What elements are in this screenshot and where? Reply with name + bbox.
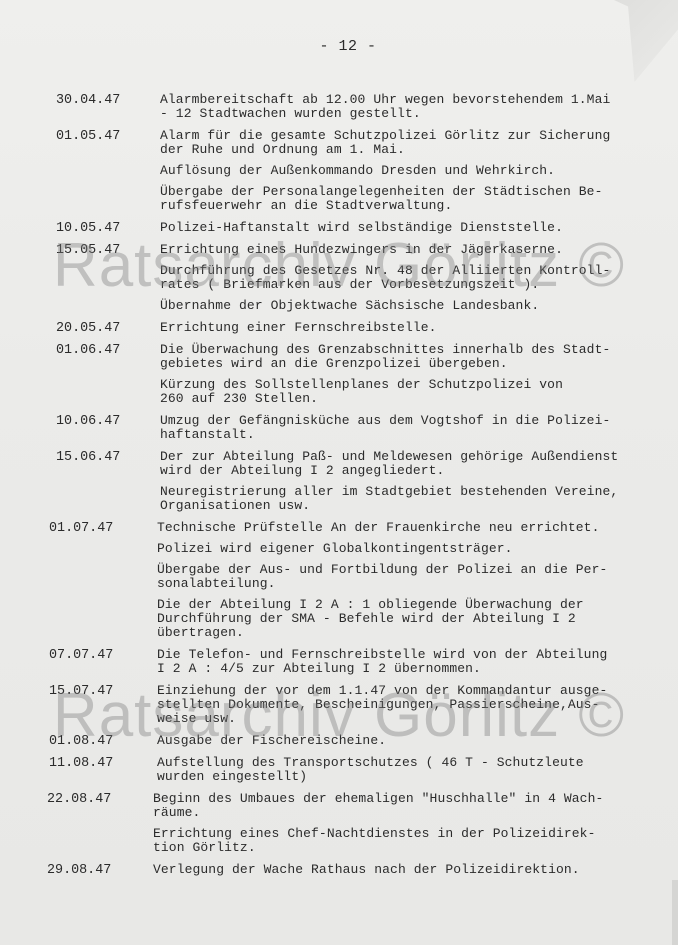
entry-date: 11.08.47: [0, 756, 160, 771]
chronology-entry: 01.07.47Technische Prüfstelle An der Fra…: [0, 521, 678, 647]
entry-text: Einziehung der vor dem 1.1.47 von der Ko…: [157, 684, 638, 726]
entry-text: Übergabe der Aus- und Fortbildung der Po…: [157, 563, 638, 591]
entry-text: Die Telefon- und Fernschreibstelle wird …: [157, 648, 638, 676]
chronology-list: 30.04.47Alarmbereitschaft ab 12.00 Uhr w…: [0, 93, 678, 885]
entry-text-block: Der zur Abteilung Paß- und Meldewesen ge…: [160, 450, 678, 520]
entry-text: Alarm für die gesamte Schutzpolizei Görl…: [160, 129, 638, 157]
chronology-entry: 30.04.47Alarmbereitschaft ab 12.00 Uhr w…: [0, 93, 678, 128]
entry-text: Neuregistrierung aller im Stadtgebiet be…: [160, 485, 638, 513]
entry-text-block: Ausgabe der Fischereischeine.: [157, 734, 678, 755]
entry-text: Auflösung der Außenkommando Dresden und …: [160, 164, 638, 178]
chronology-entry: 01.08.47Ausgabe der Fischereischeine.: [0, 734, 678, 755]
entry-text: Durchführung des Gesetzes Nr. 48 der All…: [160, 264, 638, 292]
entry-date: 20.05.47: [0, 321, 160, 336]
entry-text-block: Aufstellung des Transportschutzes ( 46 T…: [157, 756, 678, 791]
chronology-entry: 22.08.47Beginn des Umbaues der ehemalige…: [0, 792, 678, 862]
entry-text-block: Beginn des Umbaues der ehemaligen "Husch…: [153, 792, 678, 862]
page-number: - 12 -: [0, 38, 678, 55]
entry-text-block: Alarm für die gesamte Schutzpolizei Görl…: [160, 129, 678, 220]
entry-text-block: Polizei-Haftanstalt wird selbständige Di…: [160, 221, 678, 242]
entry-date: 22.08.47: [0, 792, 160, 807]
entry-text-block: Die Telefon- und Fernschreibstelle wird …: [157, 648, 678, 683]
entry-text: Übernahme der Objektwache Sächsische Lan…: [160, 299, 638, 313]
entry-text: Errichtung einer Fernschreibstelle.: [160, 321, 638, 335]
entry-date: 01.05.47: [0, 129, 160, 144]
entry-text: Umzug der Gefängnisküche aus dem Vogtsho…: [160, 414, 638, 442]
entry-text: Übergabe der Personalangelegenheiten der…: [160, 185, 638, 213]
entry-date: 29.08.47: [0, 863, 160, 878]
entry-text-block: Einziehung der vor dem 1.1.47 von der Ko…: [157, 684, 678, 733]
entry-text-block: Technische Prüfstelle An der Frauenkirch…: [157, 521, 678, 647]
entry-text: Errichtung eines Hundezwingers in der Jä…: [160, 243, 638, 257]
entry-text: Die der Abteilung I 2 A : 1 obliegende Ü…: [157, 598, 638, 640]
entry-date: 01.08.47: [0, 734, 160, 749]
chronology-entry: 15.05.47Errichtung eines Hundezwingers i…: [0, 243, 678, 320]
entry-date: 01.06.47: [0, 343, 160, 358]
entry-text-block: Die Überwachung des Grenzabschnittes inn…: [160, 343, 678, 413]
entry-text: Errichtung eines Chef-Nachtdienstes in d…: [153, 827, 638, 855]
chronology-entry: 15.06.47Der zur Abteilung Paß- und Melde…: [0, 450, 678, 520]
page-edge: [672, 880, 678, 945]
entry-date: 15.06.47: [0, 450, 160, 465]
entry-date: 15.05.47: [0, 243, 160, 258]
entry-text: Polizei-Haftanstalt wird selbständige Di…: [160, 221, 638, 235]
entry-date: 10.05.47: [0, 221, 160, 236]
entry-text-block: Errichtung einer Fernschreibstelle.: [160, 321, 678, 342]
entry-text: Alarmbereitschaft ab 12.00 Uhr wegen bev…: [160, 93, 638, 121]
entry-date: 07.07.47: [0, 648, 160, 663]
chronology-entry: 10.06.47Umzug der Gefängnisküche aus dem…: [0, 414, 678, 449]
document-page: - 12 - 30.04.47Alarmbereitschaft ab 12.0…: [0, 0, 678, 945]
chronology-entry: 20.05.47Errichtung einer Fernschreibstel…: [0, 321, 678, 342]
entry-date: 01.07.47: [0, 521, 160, 536]
chronology-entry: 01.05.47Alarm für die gesamte Schutzpoli…: [0, 129, 678, 220]
entry-text-block: Alarmbereitschaft ab 12.00 Uhr wegen bev…: [160, 93, 678, 128]
entry-text-block: Umzug der Gefängnisküche aus dem Vogtsho…: [160, 414, 678, 449]
entry-date: 10.06.47: [0, 414, 160, 429]
entry-text: Ausgabe der Fischereischeine.: [157, 734, 638, 748]
entry-text: Verlegung der Wache Rathaus nach der Pol…: [153, 863, 638, 877]
entry-text: Technische Prüfstelle An der Frauenkirch…: [157, 521, 638, 535]
chronology-entry: 10.05.47Polizei-Haftanstalt wird selbstä…: [0, 221, 678, 242]
entry-text: Kürzung des Sollstellenplanes der Schutz…: [160, 378, 638, 406]
entry-text: Der zur Abteilung Paß- und Meldewesen ge…: [160, 450, 638, 478]
entry-text: Die Überwachung des Grenzabschnittes inn…: [160, 343, 638, 371]
entry-text-block: Errichtung eines Hundezwingers in der Jä…: [160, 243, 678, 320]
entry-text: Polizei wird eigener Globalkontingentstr…: [157, 542, 638, 556]
chronology-entry: 11.08.47Aufstellung des Transportschutze…: [0, 756, 678, 791]
entry-text: Aufstellung des Transportschutzes ( 46 T…: [157, 756, 638, 784]
entry-text-block: Verlegung der Wache Rathaus nach der Pol…: [153, 863, 678, 884]
entry-text: Beginn des Umbaues der ehemaligen "Husch…: [153, 792, 638, 820]
chronology-entry: 29.08.47Verlegung der Wache Rathaus nach…: [0, 863, 678, 884]
chronology-entry: 15.07.47Einziehung der vor dem 1.1.47 vo…: [0, 684, 678, 733]
entry-date: 15.07.47: [0, 684, 160, 699]
chronology-entry: 07.07.47Die Telefon- und Fernschreibstel…: [0, 648, 678, 683]
chronology-entry: 01.06.47Die Überwachung des Grenzabschni…: [0, 343, 678, 413]
entry-date: 30.04.47: [0, 93, 160, 108]
